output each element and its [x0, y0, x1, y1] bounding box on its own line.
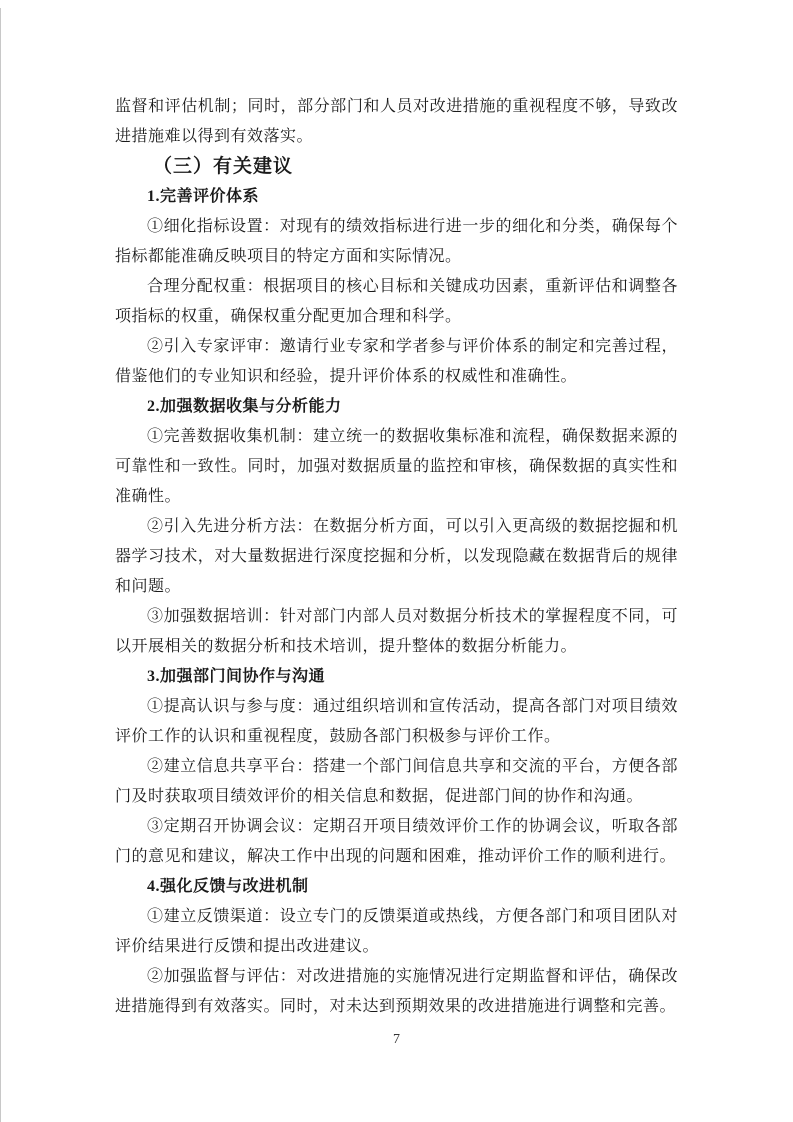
section-heading: （三）有关建议	[115, 152, 678, 182]
sub-heading: 2.加强数据收集与分析能力	[115, 392, 678, 422]
sub-heading: 3.加强部门间协作与沟通	[115, 662, 678, 692]
paragraph: ②引入先进分析方法：在数据分析方面，可以引入更高级的数据挖掘和机器学习技术，对大…	[115, 512, 678, 602]
paragraph: ③加强数据培训：针对部门内部人员对数据分析技术的掌握程度不同，可以开展相关的数据…	[115, 602, 678, 662]
document-content: 监督和评估机制；同时，部分部门和人员对改进措施的重视程度不够，导致改进措施难以得…	[115, 92, 678, 1022]
page-edge-line	[0, 8, 1, 1122]
document-page: 监督和评估机制；同时，部分部门和人员对改进措施的重视程度不够，导致改进措施难以得…	[0, 0, 793, 1122]
paragraph: ②引入专家评审：邀请行业专家和学者参与评价体系的制定和完善过程，借鉴他们的专业知…	[115, 332, 678, 392]
paragraph: ①建立反馈渠道：设立专门的反馈渠道或热线，方便各部门和项目团队对评价结果进行反馈…	[115, 902, 678, 962]
paragraph: ②建立信息共享平台：搭建一个部门间信息共享和交流的平台，方便各部门及时获取项目绩…	[115, 752, 678, 812]
sub-heading: 1.完善评价体系	[115, 182, 678, 212]
page-footer: 7	[0, 1030, 793, 1050]
paragraph: 监督和评估机制；同时，部分部门和人员对改进措施的重视程度不够，导致改进措施难以得…	[115, 92, 678, 152]
sub-heading: 4.强化反馈与改进机制	[115, 872, 678, 902]
paragraph: ①细化指标设置：对现有的绩效指标进行进一步的细化和分类，确保每个指标都能准确反映…	[115, 212, 678, 272]
paragraph: ③定期召开协调会议：定期召开项目绩效评价工作的协调会议，听取各部门的意见和建议，…	[115, 812, 678, 872]
paragraph: ①完善数据收集机制：建立统一的数据收集标准和流程，确保数据来源的可靠性和一致性。…	[115, 422, 678, 512]
paragraph: ①提高认识与参与度：通过组织培训和宣传活动，提高各部门对项目绩效评价工作的认识和…	[115, 692, 678, 752]
paragraph: ②加强监督与评估：对改进措施的实施情况进行定期监督和评估，确保改进措施得到有效落…	[115, 962, 678, 1022]
page-number: 7	[393, 1032, 400, 1047]
paragraph: 合理分配权重：根据项目的核心目标和关键成功因素，重新评估和调整各项指标的权重，确…	[115, 272, 678, 332]
